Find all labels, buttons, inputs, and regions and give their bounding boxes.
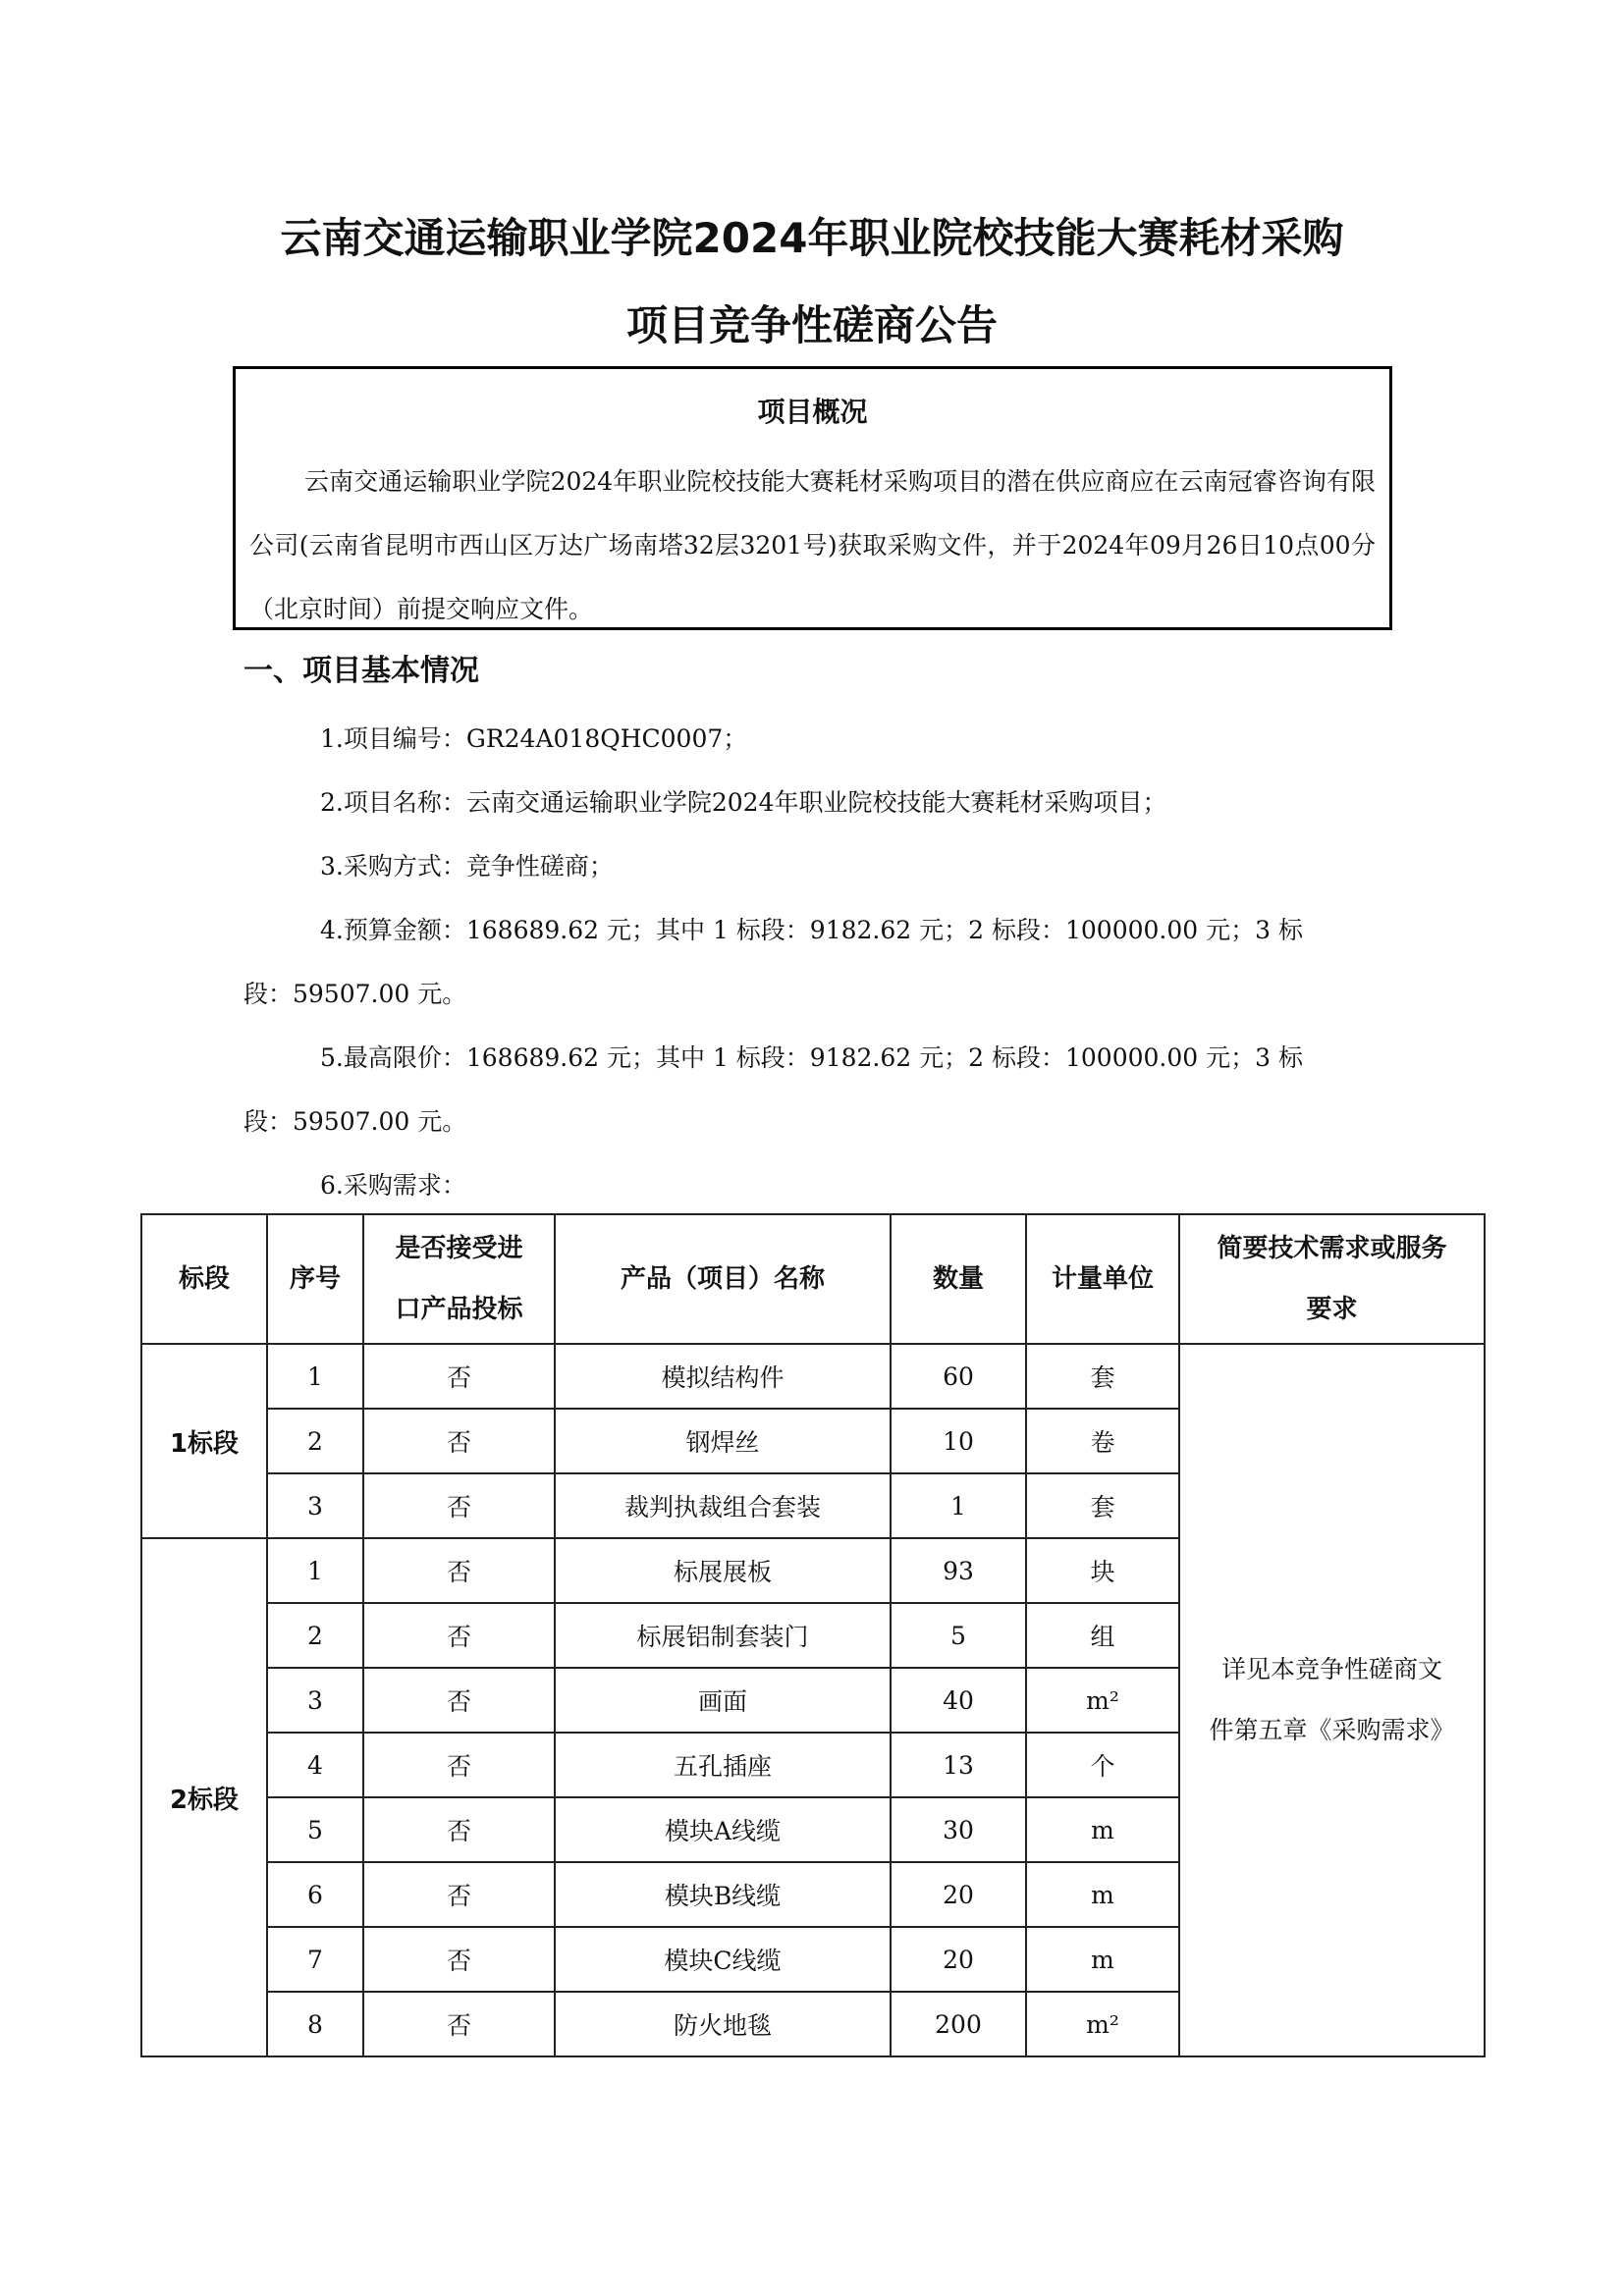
header-qty: 数量 — [891, 1214, 1026, 1344]
cell-qty: 20 — [891, 1927, 1026, 1992]
cell-import: 否 — [363, 1538, 555, 1603]
cell-qty: 1 — [891, 1473, 1026, 1538]
cell-unit: 个 — [1026, 1733, 1179, 1797]
procurement-requirements-table: 标段 序号 是否接受进口产品投标 产品（项目）名称 数量 计量单位 简要技术需求… — [140, 1213, 1486, 2057]
cell-qty: 10 — [891, 1409, 1026, 1473]
cell-no: 1 — [267, 1344, 363, 1409]
cell-no: 6 — [267, 1862, 363, 1927]
cell-qty: 30 — [891, 1797, 1026, 1862]
cell-name: 标展展板 — [555, 1538, 891, 1603]
cell-import: 否 — [363, 1344, 555, 1409]
cell-import: 否 — [363, 1603, 555, 1668]
cell-unit: m — [1026, 1797, 1179, 1862]
cell-name: 模块C线缆 — [555, 1927, 891, 1992]
overview-text: 云南交通运输职业学院2024年职业院校技能大赛耗材采购项目的潜在供应商应在云南冠… — [249, 450, 1376, 641]
table-header-row: 标段 序号 是否接受进口产品投标 产品（项目）名称 数量 计量单位 简要技术需求… — [141, 1214, 1485, 1344]
cell-unit: 组 — [1026, 1603, 1179, 1668]
cell-no: 2 — [267, 1409, 363, 1473]
lot-label: 1标段 — [141, 1344, 267, 1538]
cell-unit: 套 — [1026, 1344, 1179, 1409]
cell-name: 模块A线缆 — [555, 1797, 891, 1862]
table-row: 1标段1否模拟结构件60套详见本竞争性磋商文件第五章《采购需求》 — [141, 1344, 1485, 1409]
cell-import: 否 — [363, 1668, 555, 1733]
cell-import: 否 — [363, 1733, 555, 1797]
lot-label: 2标段 — [141, 1538, 267, 2056]
cell-no: 4 — [267, 1733, 363, 1797]
cell-no: 3 — [267, 1668, 363, 1733]
cell-name: 模拟结构件 — [555, 1344, 891, 1409]
cell-no: 7 — [267, 1927, 363, 1992]
cell-requirement: 详见本竞争性磋商文件第五章《采购需求》 — [1179, 1344, 1485, 2056]
cell-name: 五孔插座 — [555, 1733, 891, 1797]
cell-unit: m — [1026, 1927, 1179, 1992]
header-lot: 标段 — [141, 1214, 267, 1344]
cell-name: 标展铝制套装门 — [555, 1603, 891, 1668]
cell-name: 防火地毯 — [555, 1992, 891, 2056]
document-title-line-2: 项目竞争性磋商公告 — [0, 305, 1624, 347]
item-max-price: 5.最高限价：168689.62 元；其中 1 标段：9182.62 元；2 标… — [244, 1026, 1388, 1153]
item-project-number: 1.项目编号：GR24A018QHC0007； — [244, 707, 1388, 771]
cell-unit: 卷 — [1026, 1409, 1179, 1473]
cell-unit: 块 — [1026, 1538, 1179, 1603]
cell-no: 3 — [267, 1473, 363, 1538]
project-overview-box: 项目概况 云南交通运输职业学院2024年职业院校技能大赛耗材采购项目的潜在供应商… — [233, 366, 1392, 630]
cell-import: 否 — [363, 1862, 555, 1927]
header-import: 是否接受进口产品投标 — [363, 1214, 555, 1344]
cell-no: 1 — [267, 1538, 363, 1603]
item-project-name: 2.项目名称：云南交通运输职业学院2024年职业院校技能大赛耗材采购项目； — [244, 771, 1388, 834]
cell-qty: 93 — [891, 1538, 1026, 1603]
cell-import: 否 — [363, 1992, 555, 2056]
cell-qty: 40 — [891, 1668, 1026, 1733]
cell-qty: 5 — [891, 1603, 1026, 1668]
header-no: 序号 — [267, 1214, 363, 1344]
document-title-line-1: 云南交通运输职业学院2024年职业院校技能大赛耗材采购 — [0, 218, 1624, 259]
cell-unit: m² — [1026, 1992, 1179, 2056]
cell-qty: 20 — [891, 1862, 1026, 1927]
cell-import: 否 — [363, 1927, 555, 1992]
cell-name: 画面 — [555, 1668, 891, 1733]
cell-unit: m² — [1026, 1668, 1179, 1733]
cell-qty: 200 — [891, 1992, 1026, 2056]
overview-heading: 项目概况 — [236, 391, 1389, 430]
header-name: 产品（项目）名称 — [555, 1214, 891, 1344]
cell-name: 模块B线缆 — [555, 1862, 891, 1927]
cell-no: 8 — [267, 1992, 363, 2056]
cell-import: 否 — [363, 1473, 555, 1538]
item-procurement-method: 3.采购方式：竞争性磋商； — [244, 834, 1388, 898]
cell-name: 裁判执裁组合套装 — [555, 1473, 891, 1538]
cell-no: 2 — [267, 1603, 363, 1668]
cell-name: 钢焊丝 — [555, 1409, 891, 1473]
cell-qty: 13 — [891, 1733, 1026, 1797]
header-requirement: 简要技术需求或服务要求 — [1179, 1214, 1485, 1344]
cell-no: 5 — [267, 1797, 363, 1862]
item-procurement-requirements: 6.采购需求： — [244, 1153, 1388, 1217]
cell-import: 否 — [363, 1797, 555, 1862]
item-budget-amount: 4.预算金额：168689.62 元；其中 1 标段：9182.62 元；2 标… — [244, 898, 1388, 1026]
cell-unit: m — [1026, 1862, 1179, 1927]
cell-unit: 套 — [1026, 1473, 1179, 1538]
section-heading-basic-info: 一、项目基本情况 — [244, 646, 479, 689]
cell-import: 否 — [363, 1409, 555, 1473]
cell-qty: 60 — [891, 1344, 1026, 1409]
header-unit: 计量单位 — [1026, 1214, 1179, 1344]
